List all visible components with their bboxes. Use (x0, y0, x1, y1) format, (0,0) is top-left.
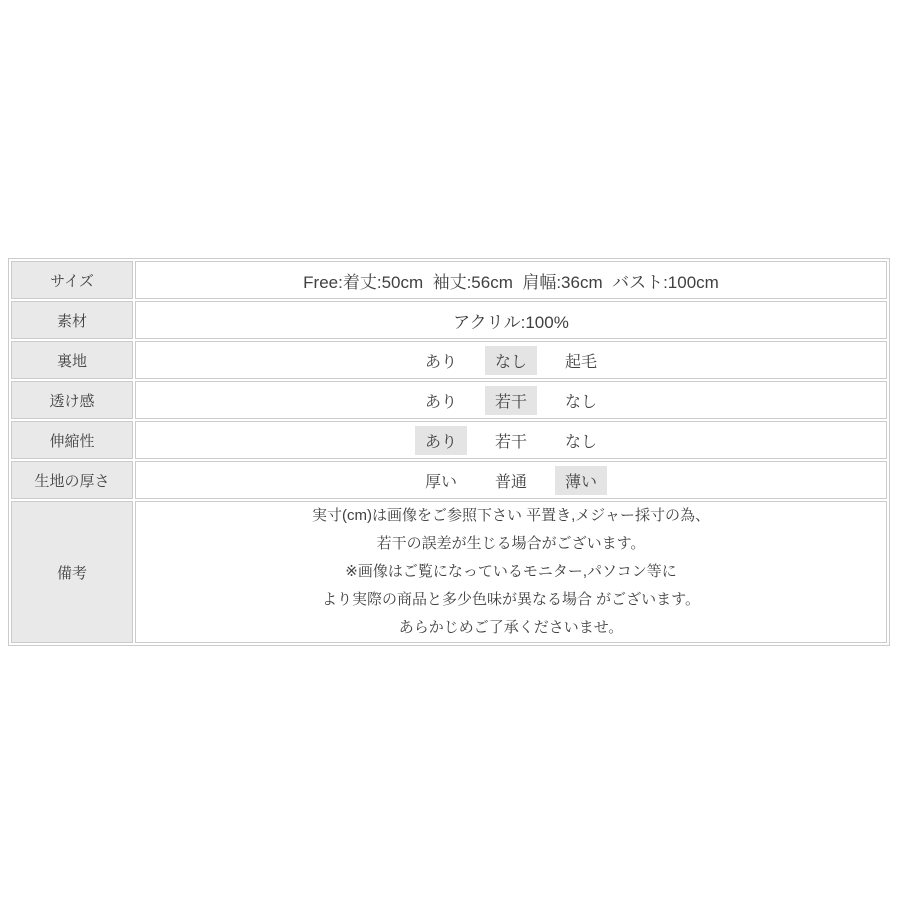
remarks-line: ※画像はご覧になっているモニター,パソコン等に (142, 558, 880, 586)
row-label: 生地の厚さ (11, 461, 133, 499)
row-label: 裏地 (11, 341, 133, 379)
option-pill: 厚い (415, 466, 467, 495)
spec-row: 裏地ありなし起毛 (11, 341, 887, 379)
row-label: サイズ (11, 261, 133, 299)
remarks-line: 若干の誤差が生じる場合がございます。 (142, 530, 880, 558)
option-pill: あり (415, 346, 467, 375)
row-value: Free:着丈:50cm 袖丈:56cm 肩幅:36cm バスト:100cm (135, 261, 887, 299)
option-pill: あり (415, 386, 467, 415)
row-value: あり若干なし (135, 381, 887, 419)
option-pill-selected: なし (485, 346, 537, 375)
option-pill-selected: あり (415, 426, 467, 455)
option-pill: 起毛 (555, 346, 607, 375)
spec-row: 伸縮性あり若干なし (11, 421, 887, 459)
option-pill: 普通 (485, 466, 537, 495)
spec-row: 素材アクリル:100% (11, 301, 887, 339)
row-value: 厚い普通薄い (135, 461, 887, 499)
remarks-line: あらかじめご了承くださいませ。 (142, 614, 880, 642)
spec-row: 生地の厚さ厚い普通薄い (11, 461, 887, 499)
spec-table-body: サイズFree:着丈:50cm 袖丈:56cm 肩幅:36cm バスト:100c… (11, 261, 887, 643)
row-value: あり若干なし (135, 421, 887, 459)
option-pill-selected: 薄い (555, 466, 607, 495)
row-label: 透け感 (11, 381, 133, 419)
remarks-line: 実寸(cm)は画像をご参照下さい 平置き,メジャー採寸の為、 (142, 502, 880, 530)
row-label: 備考 (11, 501, 133, 643)
spec-row: サイズFree:着丈:50cm 袖丈:56cm 肩幅:36cm バスト:100c… (11, 261, 887, 299)
spec-row: 備考実寸(cm)は画像をご参照下さい 平置き,メジャー採寸の為、若干の誤差が生じ… (11, 501, 887, 643)
option-pill: 若干 (485, 426, 537, 455)
option-pill: なし (555, 426, 607, 455)
row-label: 素材 (11, 301, 133, 339)
row-value: 実寸(cm)は画像をご参照下さい 平置き,メジャー採寸の為、若干の誤差が生じる場… (135, 501, 887, 643)
row-label: 伸縮性 (11, 421, 133, 459)
product-spec-page: サイズFree:着丈:50cm 袖丈:56cm 肩幅:36cm バスト:100c… (0, 0, 900, 900)
option-pill-selected: 若干 (485, 386, 537, 415)
row-value: ありなし起毛 (135, 341, 887, 379)
row-value: アクリル:100% (135, 301, 887, 339)
option-pill: なし (555, 386, 607, 415)
remarks-line: より実際の商品と多少色味が異なる場合 がございます。 (142, 586, 880, 614)
spec-row: 透け感あり若干なし (11, 381, 887, 419)
product-spec-table: サイズFree:着丈:50cm 袖丈:56cm 肩幅:36cm バスト:100c… (8, 258, 890, 646)
